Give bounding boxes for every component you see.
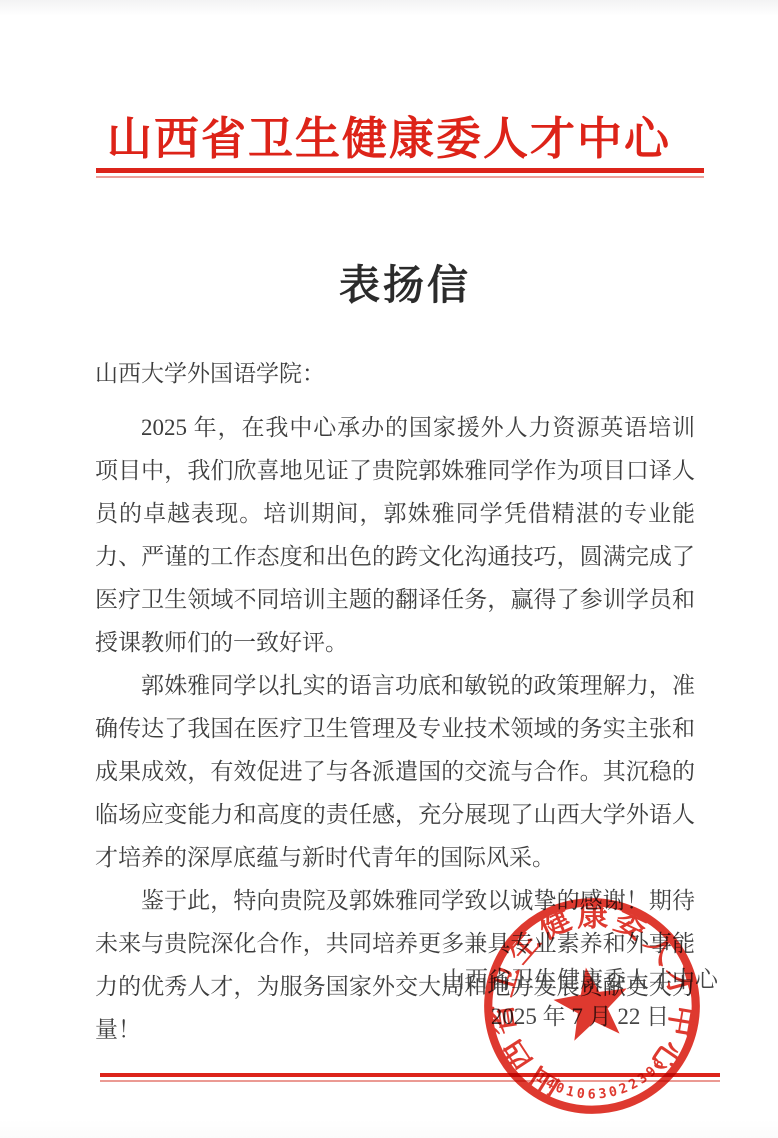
salutation: 山西大学外国语学院：	[95, 352, 695, 395]
paragraph-2: 郭姝雅同学以扎实的语言功底和敏锐的政策理解力，准确传达了我国在医疗卫生管理及专业…	[95, 664, 695, 879]
official-seal: 山西省卫生健康委人才中心 1401063022396	[463, 877, 722, 1136]
letterhead-org-name: 山西省卫生健康委人才中心	[0, 102, 778, 167]
letter-page: 山西省卫生健康委人才中心 表扬信 山西大学外国语学院： 2025 年，在我中心承…	[0, 0, 778, 1138]
letter-title: 表扬信	[16, 252, 778, 311]
letterhead-divider	[96, 168, 704, 178]
paragraph-1: 2025 年，在我中心承办的国家援外人力资源英语培训项目中，我们欣喜地见证了贵院…	[95, 406, 695, 664]
letterhead-divider-thick-line	[96, 168, 704, 173]
seal-star-icon	[549, 962, 633, 1043]
letterhead-divider-thin-line	[96, 176, 704, 178]
